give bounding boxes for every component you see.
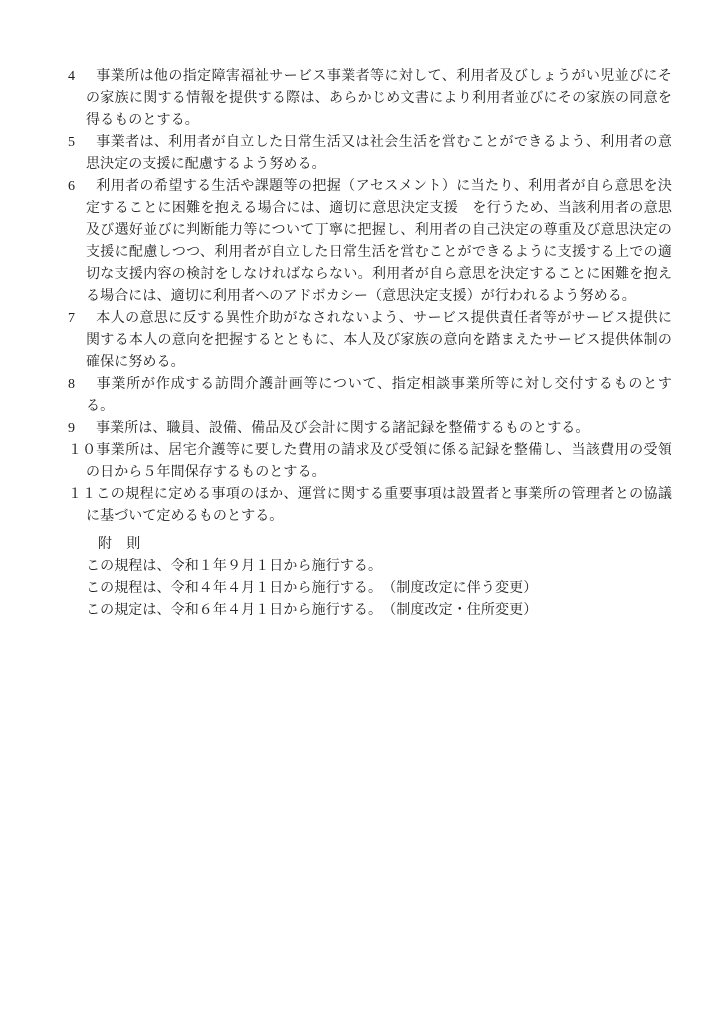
item-text: 事業所は他の指定障害福祉サービス事業者等に対して、利用者及びしょうがい児並びにそ… [86, 69, 672, 128]
item-text: 事業所は、居宅介護等に要した費用の請求及び受領に係る記録を整備し、当該費用の受領… [86, 443, 672, 480]
regulation-item-7: 7本人の意思に反する異性介助がなされないよう、サービス提供責任者等がサービス提供… [68, 308, 672, 374]
item-text: 利用者の希望する生活や課題等の把握（アセスメント）に当たり、利用者が自ら意思を決… [86, 179, 672, 304]
item-number: １１ [68, 484, 96, 506]
item-number: 4 [68, 66, 96, 88]
item-number: 6 [68, 176, 96, 198]
regulation-item-6: 6利用者の希望する生活や課題等の把握（アセスメント）に当たり、利用者が自ら意思を… [68, 176, 672, 308]
document-body: 4事業所は他の指定障害福祉サービス事業者等に対して、利用者及びしょうがい児並びに… [68, 66, 672, 622]
regulation-item-11: １１この規程に定める事項のほか、運営に関する重要事項は設置者と事業所の管理者との… [68, 484, 672, 528]
item-number: 7 [68, 308, 96, 330]
supplementary-provisions: 附 則 この規程は、令和１年９月１日から施行する。 この規程は、令和４年４月１日… [68, 534, 672, 622]
appendix-line: この規定は、令和６年４月１日から施行する。 （制度改定・住所変更） [68, 600, 672, 622]
regulation-item-8: 8事業所が作成する訪問介護計画等について、指定相談事業所等に対し交付するものとす… [68, 374, 672, 418]
regulation-item-9: 9事業所は、職員、設備、備品及び会計に関する諸記録を整備するものとする。 [68, 418, 672, 440]
item-text: 事業所が作成する訪問介護計画等について、指定相談事業所等に対し交付するものとする… [86, 377, 672, 414]
document-page: 4事業所は他の指定障害福祉サービス事業者等に対して、利用者及びしょうがい児並びに… [0, 0, 724, 1024]
item-number: 9 [68, 418, 96, 440]
item-number: １０ [68, 440, 96, 462]
item-text: 事業者は、利用者が自立した日常生活又は社会生活を営むことができるよう、利用者の意… [86, 135, 672, 172]
appendix-line: この規程は、令和４年４月１日から施行する。 （制度改定に伴う変更） [68, 578, 672, 600]
item-text: 事業所は、職員、設備、備品及び会計に関する諸記録を整備するものとする。 [96, 421, 590, 436]
item-text: 本人の意思に反する異性介助がなされないよう、サービス提供責任者等がサービス提供に… [86, 311, 672, 370]
appendix-heading: 附 則 [68, 534, 672, 556]
item-number: 5 [68, 132, 96, 154]
regulation-item-5: 5事業者は、利用者が自立した日常生活又は社会生活を営むことができるよう、利用者の… [68, 132, 672, 176]
item-number: 8 [68, 374, 96, 396]
regulation-item-4: 4事業所は他の指定障害福祉サービス事業者等に対して、利用者及びしょうがい児並びに… [68, 66, 672, 132]
appendix-line: この規程は、令和１年９月１日から施行する。 [68, 556, 672, 578]
regulation-item-10: １０事業所は、居宅介護等に要した費用の請求及び受領に係る記録を整備し、当該費用の… [68, 440, 672, 484]
item-text: この規程に定める事項のほか、運営に関する重要事項は設置者と事業所の管理者との協議… [86, 487, 672, 524]
